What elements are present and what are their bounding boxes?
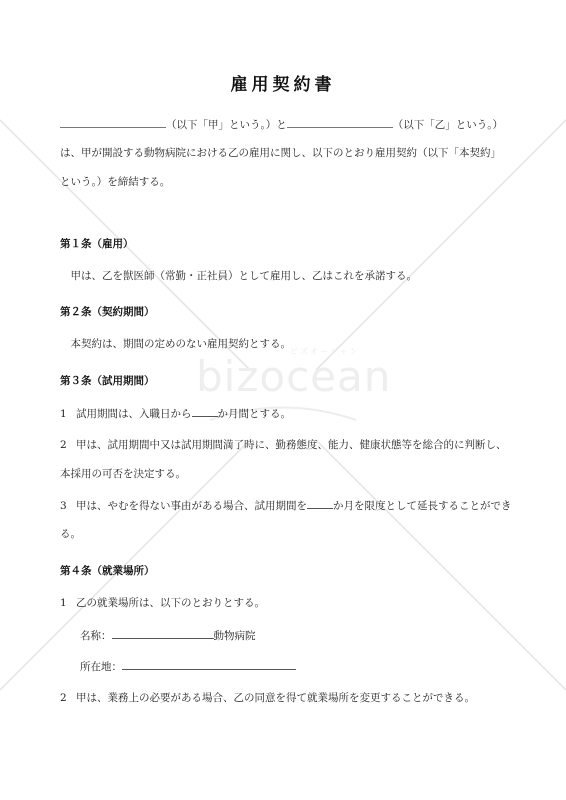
article-4-heading: 第４条（就業場所） — [60, 564, 155, 578]
article-3-item-2-cont: 本採用の可否を決定する。 — [60, 467, 186, 481]
article-4-item-2: 2甲は、業務上の必要がある場合、乙の同意を得て就業場所を変更することができる。 — [60, 691, 475, 705]
article-3-item-3-cont: る。 — [60, 527, 81, 541]
article-3-item-2: 2甲は、試用期間中又は試用期間満了時に、勤務態度、能力、健康状態等を総合的に判断… — [60, 438, 507, 452]
address-label: 所在地： — [80, 661, 122, 673]
article-3-heading: 第３条（試用期間） — [60, 374, 155, 388]
preamble-line-3: という。）を締結する。 — [60, 175, 170, 189]
item-text: 甲は、業務上の必要がある場合、乙の同意を得て就業場所を変更することができる。 — [76, 692, 475, 704]
preamble-text: （以下「甲」という。）と — [166, 119, 287, 131]
article-2-heading: 第２条（契約期間） — [60, 305, 155, 319]
item-text: 試用期間は、入職日から — [76, 408, 192, 420]
document-title: 雇用契約書 — [0, 70, 566, 95]
workplace-name-field: 名称：動物病院 — [80, 628, 256, 643]
party-b-blank[interactable] — [287, 117, 393, 128]
item-text: 乙の就業場所は、以下のとおりとする。 — [76, 597, 265, 609]
item-number: 2 — [60, 691, 76, 705]
preamble-line-2: は、甲が開設する動物病院における乙の雇用に関し、以下のとおり雇用契約（以下「本契… — [60, 146, 501, 160]
item-number: 1 — [60, 407, 76, 421]
item-number: 2 — [60, 438, 76, 452]
article-4-item-1: 1乙の就業場所は、以下のとおりとする。 — [60, 596, 265, 610]
article-1-body: 甲は、乙を獣医師（常勤・正社員）として雇用し、乙はこれを承諾する。 — [60, 269, 417, 283]
preamble-text: （以下「乙」という。） — [393, 119, 503, 131]
article-3-item-1: 1試用期間は、入職日からか月間とする。 — [60, 406, 291, 421]
article-3-item-3: 3甲は、やむを得ない事由がある場合、試用期間をか月を限度として延長することができ — [60, 498, 512, 513]
item-text: か月を限度として延長することができ — [333, 500, 512, 512]
name-label: 名称： — [80, 630, 112, 642]
article-2-body: 本契約は、期間の定めのない雇用契約とする。 — [60, 337, 291, 351]
extension-months-blank[interactable] — [307, 498, 333, 509]
address-blank[interactable] — [122, 659, 296, 670]
probation-months-blank[interactable] — [192, 406, 218, 417]
item-text: 甲は、やむを得ない事由がある場合、試用期間を — [76, 500, 307, 512]
party-a-blank[interactable] — [60, 117, 166, 128]
item-number: 3 — [60, 499, 76, 513]
document-content: 雇用契約書 （以下「甲」という。）と（以下「乙」という。） は、甲が開設する動物… — [0, 0, 566, 800]
workplace-address-field: 所在地： — [80, 659, 296, 674]
item-text: か月間とする。 — [218, 408, 292, 420]
document-page: bizocean ビズオーシャン 雇用契約書 （以下「甲」という。）と（以下「乙… — [0, 0, 566, 800]
name-suffix: 動物病院 — [214, 630, 256, 642]
item-text: 甲は、試用期間中又は試用期間満了時に、勤務態度、能力、健康状態等を総合的に判断し… — [76, 439, 507, 451]
hospital-name-blank[interactable] — [112, 628, 214, 639]
article-1-heading: 第１条（雇用） — [60, 237, 134, 251]
preamble-line-1: （以下「甲」という。）と（以下「乙」という。） — [60, 117, 503, 132]
item-number: 1 — [60, 596, 76, 610]
